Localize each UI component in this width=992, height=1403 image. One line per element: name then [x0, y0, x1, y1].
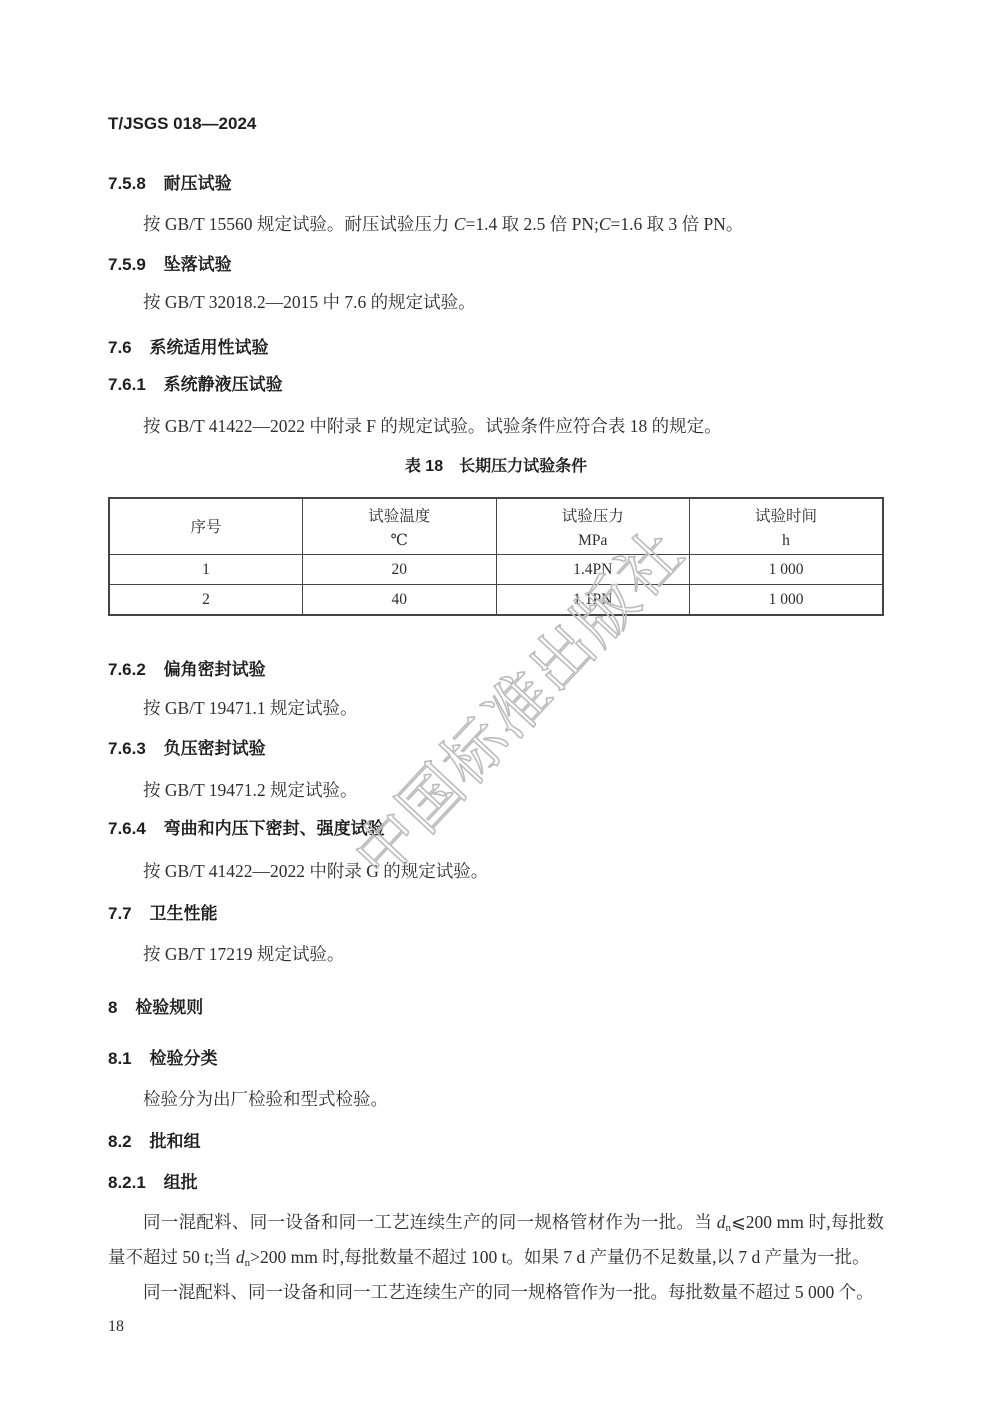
table-cell: 1.4PN: [496, 555, 690, 585]
section-number: 7.6.4: [108, 819, 146, 838]
section-heading-8-2-1: 8.2.1组批: [108, 1173, 884, 1193]
table-row: 1 20 1.4PN 1 000: [109, 555, 883, 585]
page-number: 18: [108, 1317, 884, 1337]
column-header-temperature: 试验温度℃: [303, 498, 497, 555]
column-header-serial: 序号: [109, 498, 303, 555]
table-cell: 1 000: [690, 555, 884, 585]
section-number: 7.6: [108, 338, 132, 357]
section-title: 偏角密封试验: [164, 660, 266, 679]
column-header-pressure: 试验压力MPa: [496, 498, 690, 555]
section-number: 7.6.1: [108, 375, 146, 394]
table-row: 2 40 1.1PN 1 000: [109, 585, 883, 616]
variable-dn: d: [717, 1212, 726, 1232]
section-heading-7-6-2: 7.6.2偏角密封试验: [108, 660, 884, 680]
running-header: T/JSGS 018—2024: [108, 114, 884, 134]
section-number: 7.7: [108, 904, 132, 923]
paragraph-7-6-4: 按 GB/T 41422—2022 中附录 G 的规定试验。: [108, 857, 884, 886]
paragraph-text: >200 mm 时,每批数量不超过 100 t。如果 7 d 产量仍不足数量,以…: [250, 1247, 869, 1267]
variable-C: C: [599, 214, 611, 234]
table-cell: 2: [109, 585, 303, 616]
table-cell: 20: [303, 555, 497, 585]
table-18-long-term-pressure-conditions: 序号 试验温度℃ 试验压力MPa 试验时间h 1 20 1.4PN 1 000 …: [108, 497, 884, 616]
section-title: 坠落试验: [164, 255, 232, 274]
chapter-heading-8: 8检验规则: [108, 998, 884, 1018]
table-cell: 1.1PN: [496, 585, 690, 616]
section-heading-7-6-1: 7.6.1系统静液压试验: [108, 375, 884, 395]
variable-dn: d: [236, 1247, 245, 1267]
section-heading-7-5-9: 7.5.9坠落试验: [108, 255, 884, 275]
section-heading-7-6-3: 7.6.3负压密封试验: [108, 739, 884, 759]
section-title: 组批: [164, 1173, 198, 1192]
page-content: T/JSGS 018—2024 7.5.8耐压试验 按 GB/T 15560 规…: [0, 0, 992, 1337]
table-cell: 1: [109, 555, 303, 585]
table-caption: 表 18长期压力试验条件: [108, 457, 884, 477]
paragraph-text: 同一混配料、同一设备和同一工艺连续生产的同一规格管材作为一批。当: [143, 1212, 717, 1232]
section-number: 7.5.8: [108, 174, 146, 193]
section-number: 8.2: [108, 1132, 132, 1151]
paragraph-7-6-2: 按 GB/T 19471.1 规定试验。: [108, 694, 884, 723]
paragraph-8-1: 检验分为出厂检验和型式检验。: [108, 1085, 884, 1114]
paragraph-text: =1.4 取 2.5 倍 PN;: [465, 214, 598, 234]
section-title: 检验规则: [135, 998, 203, 1017]
section-heading-7-5-8: 7.5.8耐压试验: [108, 174, 884, 194]
section-title: 检验分类: [149, 1049, 217, 1068]
table-label: 表 18: [405, 458, 443, 475]
section-title: 卫生性能: [149, 904, 217, 923]
paragraph-7-7: 按 GB/T 17219 规定试验。: [108, 940, 884, 969]
table-header-row: 序号 试验温度℃ 试验压力MPa 试验时间h: [109, 498, 883, 555]
paragraph-8-2-1-a: 同一混配料、同一设备和同一工艺连续生产的同一规格管材作为一批。当 dn⩽200 …: [108, 1208, 884, 1278]
paragraph-7-6-1: 按 GB/T 41422—2022 中附录 F 的规定试验。试验条件应符合表 1…: [108, 412, 884, 441]
section-heading-8-2: 8.2批和组: [108, 1132, 884, 1152]
section-title: 系统适用性试验: [149, 338, 268, 357]
section-heading-8-1: 8.1检验分类: [108, 1049, 884, 1069]
section-title: 耐压试验: [164, 174, 232, 193]
section-title: 批和组: [149, 1132, 200, 1151]
section-heading-7-7: 7.7卫生性能: [108, 904, 884, 924]
section-number: 8: [108, 998, 117, 1017]
variable-C: C: [454, 214, 466, 234]
section-heading-7-6-4: 7.6.4弯曲和内压下密封、强度试验: [108, 819, 884, 839]
paragraph-8-2-1-b: 同一混配料、同一设备和同一工艺连续生产的同一规格管作为一批。每批数量不超过 5 …: [108, 1278, 884, 1307]
section-number: 8.1: [108, 1049, 132, 1068]
paragraph-7-5-8: 按 GB/T 15560 规定试验。耐压试验压力 C=1.4 取 2.5 倍 P…: [108, 210, 884, 239]
section-number: 8.2.1: [108, 1173, 146, 1192]
column-header-time: 试验时间h: [690, 498, 884, 555]
section-title: 弯曲和内压下密封、强度试验: [164, 819, 385, 838]
table-cell: 40: [303, 585, 497, 616]
table-cell: 1 000: [690, 585, 884, 616]
document-page: T/JSGS 018—2024 7.5.8耐压试验 按 GB/T 15560 规…: [0, 0, 992, 1403]
section-number: 7.6.3: [108, 739, 146, 758]
section-title: 系统静液压试验: [164, 375, 283, 394]
paragraph-7-5-9: 按 GB/T 32018.2—2015 中 7.6 的规定试验。: [108, 288, 884, 317]
paragraph-7-6-3: 按 GB/T 19471.2 规定试验。: [108, 776, 884, 805]
paragraph-text: 按 GB/T 15560 规定试验。耐压试验压力: [143, 214, 454, 234]
section-number: 7.6.2: [108, 660, 146, 679]
section-title: 负压密封试验: [164, 739, 266, 758]
section-heading-7-6: 7.6系统适用性试验: [108, 338, 884, 358]
section-number: 7.5.9: [108, 255, 146, 274]
paragraph-text: =1.6 取 3 倍 PN。: [611, 214, 744, 234]
table-title: 长期压力试验条件: [459, 458, 587, 475]
